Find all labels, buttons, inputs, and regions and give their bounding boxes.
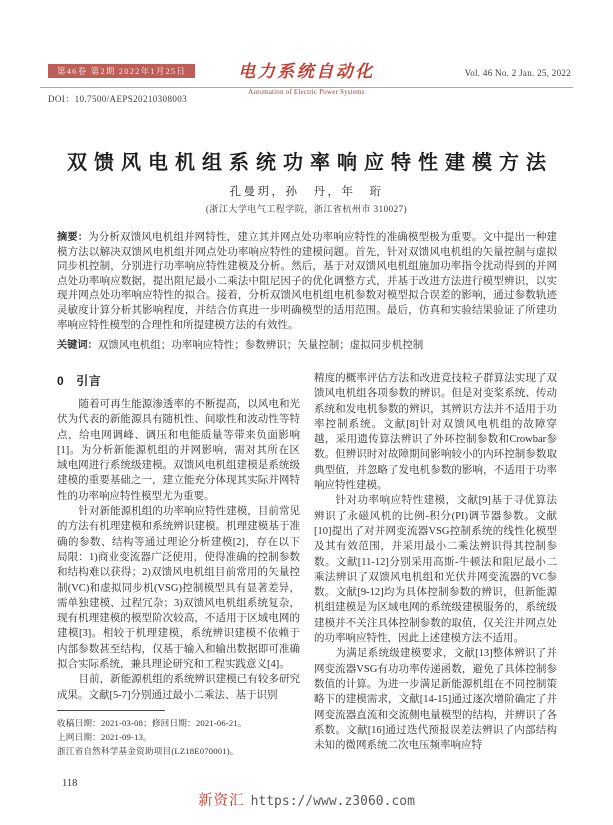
- watermark: 新资汇https://www.z3060.com: [0, 789, 613, 810]
- abstract-paragraph: 摘要：为分析双馈风电机组并网特性，建立其并网点处功率响应特性的准确模型极为重要。…: [57, 231, 557, 333]
- keywords-text: 双馈风电机组；功率响应特性；参数辨识；矢量控制；虚拟同步机控制: [98, 340, 424, 351]
- footnote-divider: [57, 710, 165, 711]
- keywords-label: 关键词：: [57, 340, 98, 351]
- authors-line: 孔曼玥，孙 丹，年 珩: [0, 183, 613, 199]
- watermark-site-name: 新资汇: [198, 793, 245, 809]
- right-paragraph-2: 针对功率响应特性建模，文献[9]基于寻优算法辨识了永磁风机的比例-积分(PI)调…: [314, 493, 557, 646]
- section-title: 引言: [76, 374, 101, 388]
- left-paragraph-3: 目前，新能源机组的系统辨识建模已有较多研究成果。文献[5-7]分别通过最小二乘法…: [57, 672, 300, 703]
- abstract-label: 摘要：: [57, 232, 88, 243]
- footnote-block: 收稿日期：2021-03-08；修回日期：2021-06-21。 上网日期：20…: [57, 710, 300, 759]
- watermark-url-link[interactable]: https://www.z3060.com: [251, 794, 415, 809]
- section-number: 0: [57, 374, 64, 388]
- journal-page: 第46卷 第2期 2022年1月25日 DOI：10.7500/AEPS2021…: [0, 0, 613, 825]
- page-number: 118: [62, 778, 77, 789]
- doi-text: DOI：10.7500/AEPS20210308003: [48, 92, 187, 105]
- section-heading-intro: 0引言: [57, 372, 300, 389]
- footnote-funding: 浙江省自然科学基金资助项目(LZ18E070001)。: [57, 744, 300, 758]
- right-paragraph-3: 为满足系统级建模要求，文献[13]整体辨识了并网变流器VSG有功功率传递函数，避…: [314, 646, 557, 753]
- abstract-text: 为分析双馈风电机组并网特性，建立其并网点处功率响应特性的准确模型极为重要。文中提…: [57, 232, 557, 331]
- left-paragraph-2: 针对新能源机组的功率响应特性建模，目前常见的方法有机理建模和系统辨识建模。机理建…: [57, 504, 300, 672]
- journal-header: 第46卷 第2期 2022年1月25日 DOI：10.7500/AEPS2021…: [40, 60, 573, 108]
- journal-name-cn: 电力系统自动化: [197, 60, 417, 84]
- journal-logo: 电力系统自动化 Automation of Electric Power Sys…: [197, 60, 417, 96]
- body-columns: 0引言 随着可再生能源渗透率的不断提高，以风电和光伏为代表的新能源具有随机性、间…: [57, 371, 557, 759]
- footnote-received-date: 收稿日期：2021-03-08；修回日期：2021-06-21。: [57, 716, 300, 730]
- paper-title: 双馈风电机组系统功率响应特性建模方法: [0, 146, 613, 175]
- footnote-online-date: 上网日期：2021-09-13。: [57, 730, 300, 744]
- issue-band: 第46卷 第2期 2022年1月25日: [48, 64, 195, 78]
- right-paragraph-1: 精度的概率评估方法和改进竞技粒子群算法实现了双馈风电机组各项参数的辨识。但是对变…: [314, 371, 557, 493]
- volume-info: Vol. 46 No. 2 Jan. 25, 2022: [465, 68, 571, 78]
- keywords-line: 关键词：双馈风电机组；功率响应特性；参数辨识；矢量控制；虚拟同步机控制: [57, 339, 557, 354]
- journal-name-en: Automation of Electric Power Systems: [197, 88, 417, 96]
- left-paragraph-1: 随着可再生能源渗透率的不断提高，以风电和光伏为代表的新能源具有随机性、间歇性和波…: [57, 397, 300, 504]
- affiliation-line: (浙江大学电气工程学院，浙江省杭州市 310027): [0, 202, 613, 215]
- abstract-block: 摘要：为分析双馈风电机组并网特性，建立其并网点处功率响应特性的准确模型极为重要。…: [57, 231, 557, 354]
- left-column: 0引言 随着可再生能源渗透率的不断提高，以风电和光伏为代表的新能源具有随机性、间…: [57, 371, 300, 759]
- right-column: 精度的概率评估方法和改进竞技粒子群算法实现了双馈风电机组各项参数的辨识。但是对变…: [314, 371, 557, 759]
